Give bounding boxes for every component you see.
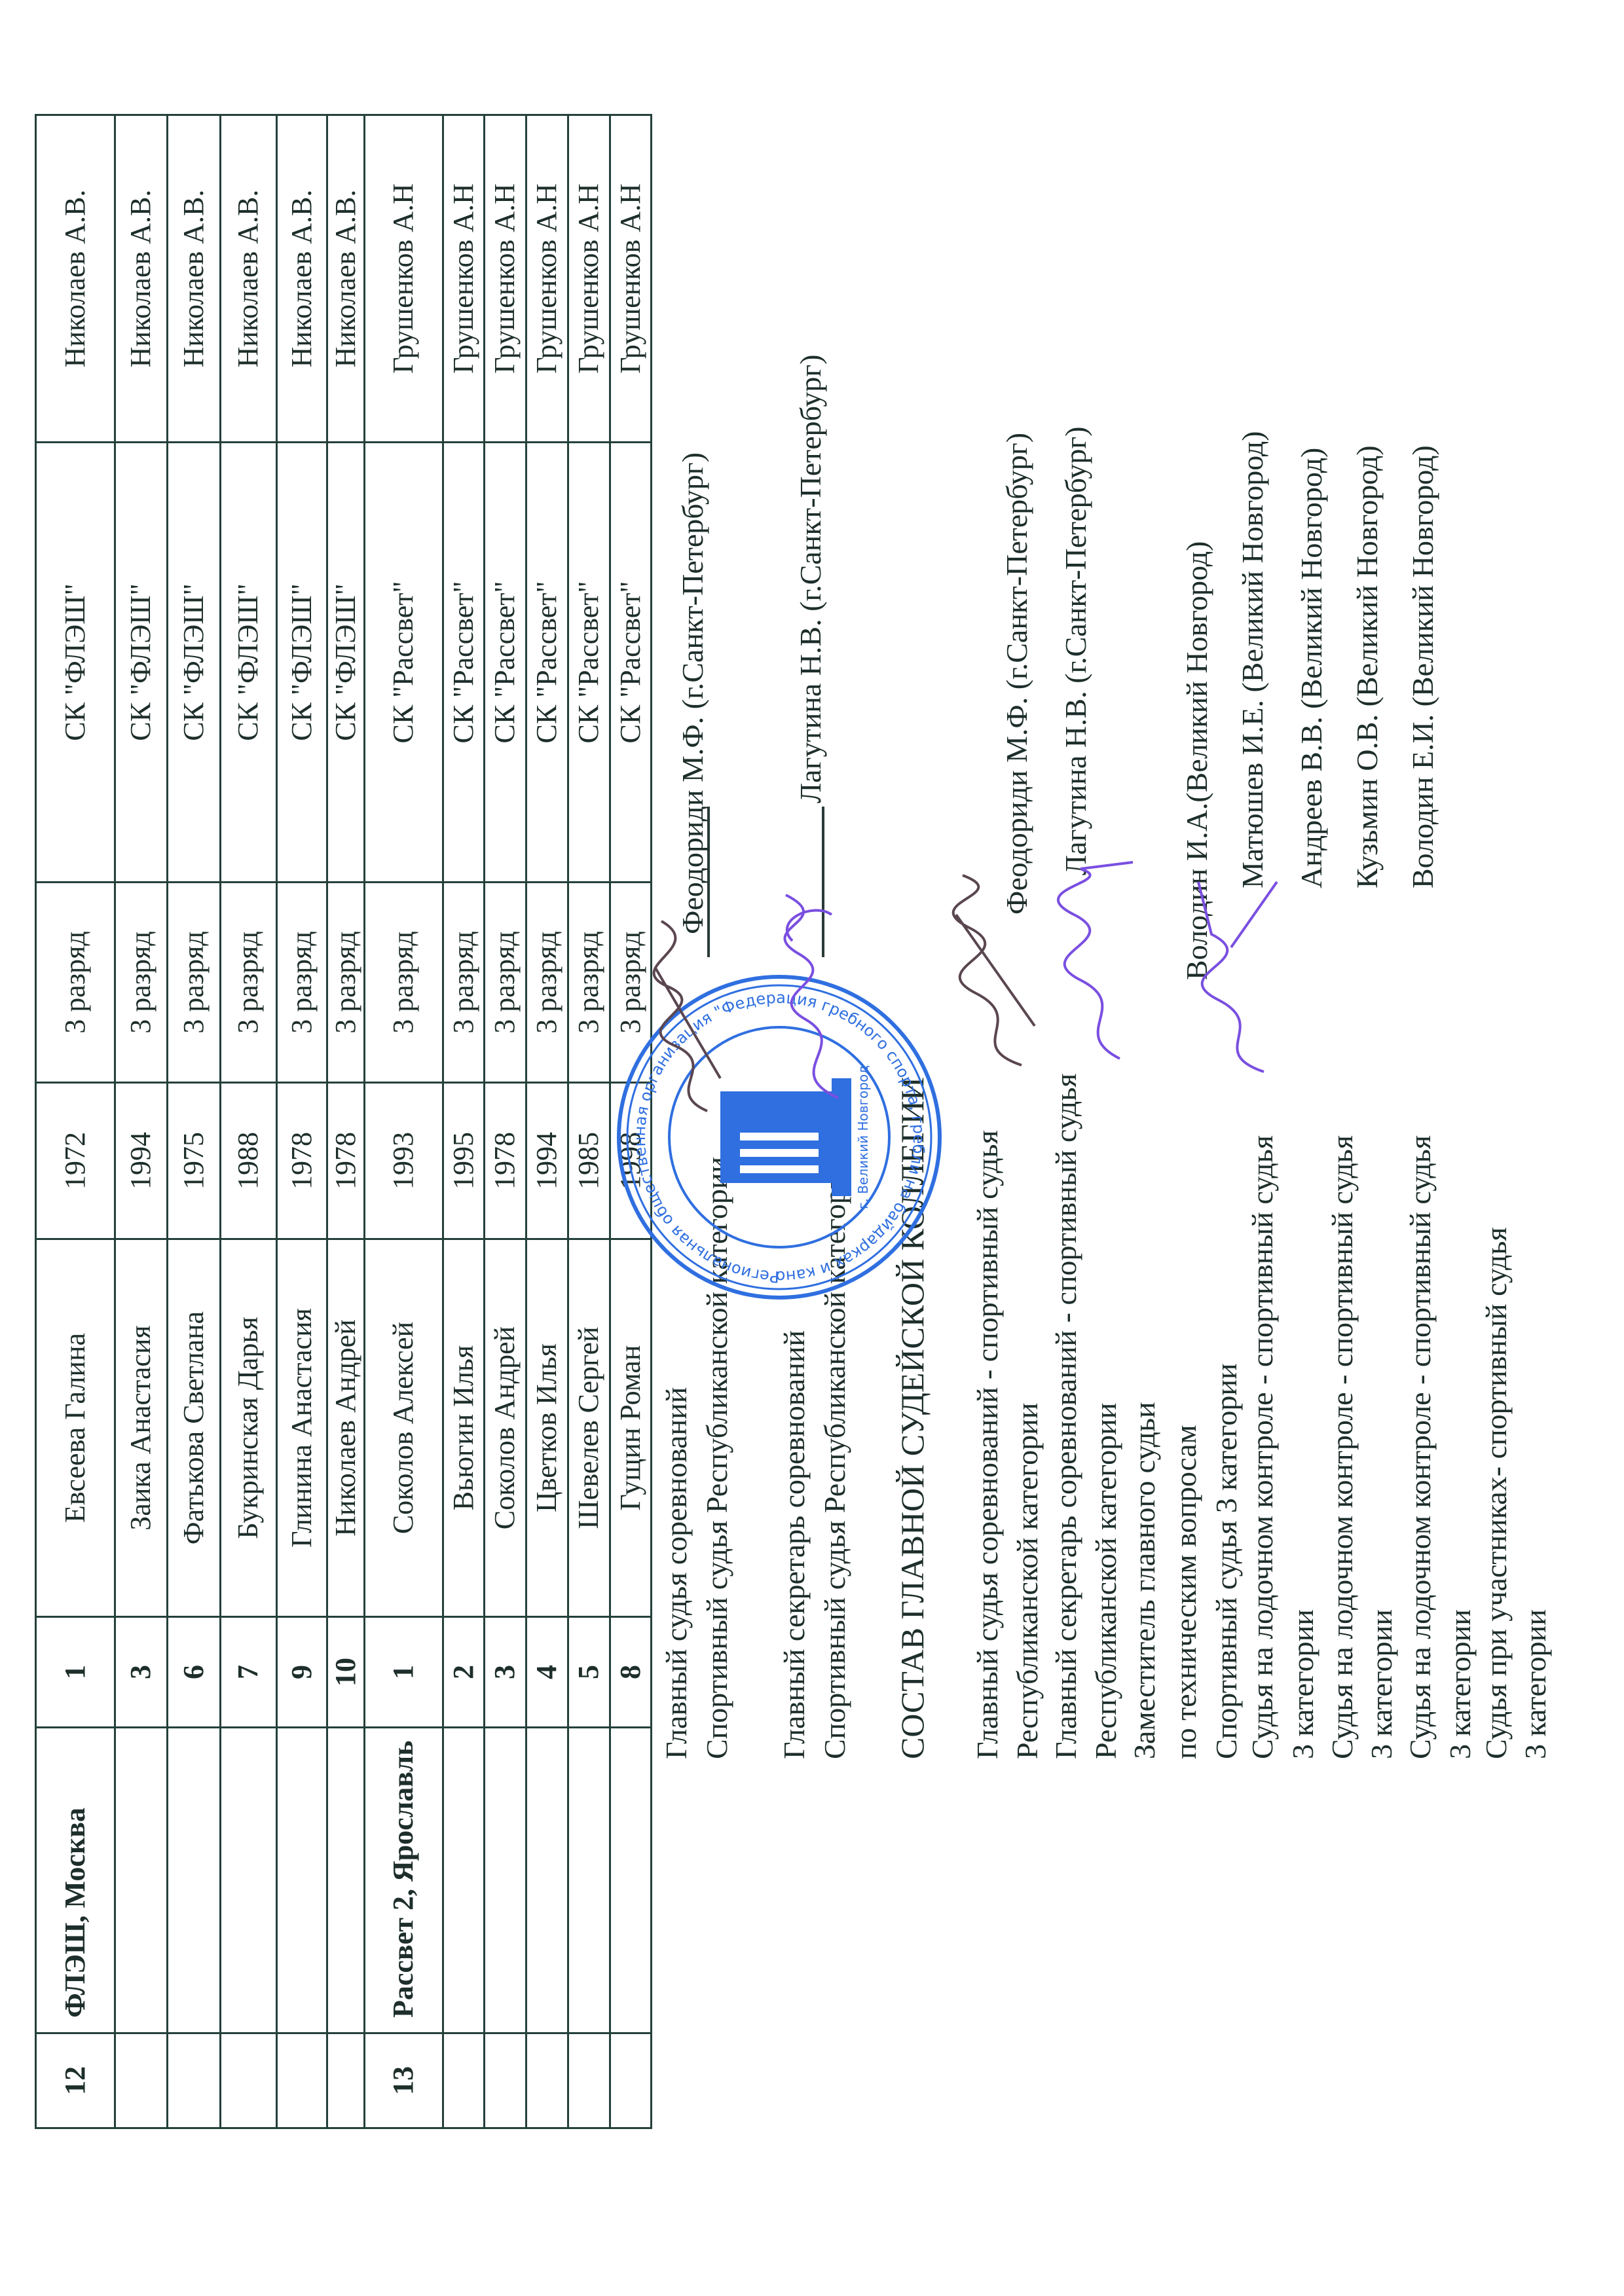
table-cell-start-no: 6: [166, 1616, 221, 1728]
table-cell-club: СК "ФЛЭШ": [166, 441, 221, 883]
panel-role-line: Республиканской категории: [1091, 1403, 1121, 1759]
table-cell-coach: Николаев А.В.: [35, 114, 116, 443]
panel-role-line: 3 категории: [1445, 1609, 1475, 1759]
table-cell-start-no: 4: [525, 1616, 569, 1728]
panel-member-name: Андреев В.В. (Великий Новгород): [1297, 448, 1327, 888]
table-cell-name: Николаев Андрей: [326, 1238, 365, 1618]
panel-role-line: Спортивный судья 3 категории: [1211, 1363, 1242, 1759]
table-cell-team-no: 13: [363, 2032, 444, 2129]
table-cell-year: 1988: [219, 1082, 278, 1240]
table-cell-coach: Николаев А.В.: [219, 114, 278, 443]
panel-member-name: Володин Е.И. (Великий Новгород): [1408, 445, 1438, 888]
chief-judge-name: Феодориди М.Ф. (г.Санкт-Петербург): [678, 452, 708, 934]
table-cell-start-no: 1: [35, 1616, 116, 1728]
table-cell-name: Соколов Алексей: [363, 1238, 444, 1618]
table-cell-coach: Николаев А.В.: [276, 114, 328, 443]
table-cell-name: Евсеева Галина: [35, 1238, 116, 1618]
table-cell-coach: Грушенков А.Н: [483, 114, 527, 443]
table-cell-year: 1994: [525, 1082, 569, 1240]
table-cell-name: Букринская Дарья: [219, 1238, 278, 1618]
signature-volodin: [1185, 869, 1283, 1078]
table-cell-start-no: 3: [114, 1616, 168, 1728]
table-cell-name: Цветков Илья: [525, 1238, 569, 1618]
table-cell-year: 1985: [567, 1082, 611, 1240]
table-cell-team-no: [483, 2032, 527, 2129]
table-cell-year: 1993: [363, 1082, 444, 1240]
table-cell-coach: Грушенков А.Н: [525, 114, 569, 443]
panel-role-line: Главный секретарь соревнований - спортив…: [1051, 1074, 1081, 1759]
table-cell-team-no: [442, 2032, 485, 2129]
chief-secretary-name: Лагутина Н.В. (г.Санкт-Петербург): [796, 354, 826, 803]
table-cell-start-no: 5: [567, 1616, 611, 1728]
table-cell-start-no: 3: [483, 1616, 527, 1728]
table-cell-club: СК "ФЛЭШ": [114, 441, 168, 883]
panel-member-name: Феодориди М.Ф. (г.Санкт-Петербург): [1002, 433, 1032, 915]
table-cell-team: [442, 1726, 485, 2034]
table-cell-coach: Николаев А.В.: [166, 114, 221, 443]
table-cell-name: Соколов Андрей: [483, 1238, 527, 1618]
panel-role-line: 3 категории: [1367, 1609, 1397, 1759]
table-cell-year: 1978: [326, 1082, 365, 1240]
table-cell-team-no: [525, 2032, 569, 2129]
table-cell-start-no: 8: [609, 1616, 652, 1728]
table-cell-rank: 3 разряд: [276, 881, 328, 1084]
table-cell-coach: Грушенков А.Н: [567, 114, 611, 443]
table-cell-team-no: [114, 2032, 168, 2129]
panel-role-line: Судья на лодочном контроле - спортивный …: [1405, 1135, 1435, 1759]
table-cell-rank: 3 разряд: [219, 881, 278, 1084]
panel-role-line: Судья на лодочном контроле - спортивный …: [1327, 1135, 1357, 1759]
table-cell-club: СК "ФЛЭШ": [276, 441, 328, 883]
table-cell-team: [609, 1726, 652, 2034]
panel-role-line: Судья при участниках- спортивный судья: [1481, 1227, 1511, 1759]
table-cell-rank: 3 разряд: [114, 881, 168, 1084]
table-cell-start-no: 9: [276, 1616, 328, 1728]
table-cell-team-no: [166, 2032, 221, 2129]
table-cell-year: 1978: [483, 1082, 527, 1240]
table-cell-team: [219, 1726, 278, 2034]
table-cell-coach: Грушенков А.Н: [442, 114, 485, 443]
table-cell-name: Вьюгин Илья: [442, 1238, 485, 1618]
panel-role-line: 3 категории: [1521, 1609, 1551, 1759]
table-cell-team: [166, 1726, 221, 2034]
panel-role-line: Главный судья соревнований - спортивный …: [972, 1130, 1003, 1759]
document-page: 12ФЛЭШ, Москва1Евсеева Галина19723 разря…: [0, 0, 1624, 2296]
table-cell-start-no: 1: [363, 1616, 444, 1728]
panel-role-line: Судья на лодочном контроле - спортивный …: [1247, 1135, 1278, 1759]
panel-member-name: Матюшев И.Е. (Великий Новгород): [1238, 431, 1268, 888]
table-cell-club: СК "Рассвет": [363, 441, 444, 883]
table-cell-team: [483, 1726, 527, 2034]
table-cell-team: [567, 1726, 611, 2034]
table-cell-club: СК "Рассвет": [442, 441, 485, 883]
table-cell-team-no: [567, 2032, 611, 2129]
table-cell-coach: Грушенков А.Н: [609, 114, 652, 443]
panel-role-line: 3 категории: [1288, 1609, 1318, 1759]
table-cell-coach: Грушенков А.Н: [363, 114, 444, 443]
table-cell-team-no: [326, 2032, 365, 2129]
table-cell-year: 1972: [35, 1082, 116, 1240]
table-cell-coach: Николаев А.В.: [114, 114, 168, 443]
table-cell-start-no: 2: [442, 1616, 485, 1728]
table-cell-team: ФЛЭШ, Москва: [35, 1726, 116, 2034]
table-cell-year: 1994: [114, 1082, 168, 1240]
table-cell-team-no: [219, 2032, 278, 2129]
table-cell-club: СК "Рассвет": [525, 441, 569, 883]
table-cell-club: СК "Рассвет": [483, 441, 527, 883]
chief-secretary-title: Главный секретарь соревнований: [779, 1330, 809, 1759]
table-cell-team: [276, 1726, 328, 2034]
signature-feodoridi-2: [950, 869, 1048, 1072]
table-cell-team-no: [276, 2032, 328, 2129]
table-cell-coach: Николаев А.В.: [326, 114, 365, 443]
table-cell-rank: 3 разряд: [567, 881, 611, 1084]
table-cell-year: 1995: [442, 1082, 485, 1240]
table-cell-team: [525, 1726, 569, 2034]
table-cell-team: [326, 1726, 365, 2034]
table-cell-team: [114, 1726, 168, 2034]
table-cell-club: СК "ФЛЭШ": [219, 441, 278, 883]
table-cell-year: 1978: [276, 1082, 328, 1240]
table-cell-club: СК "ФЛЭШ": [326, 441, 365, 883]
table-cell-name: Шевелев Сергей: [567, 1238, 611, 1618]
table-cell-year: 1975: [166, 1082, 221, 1240]
panel-member-name: Кузьмин О.В. (Великий Новгород): [1352, 445, 1382, 888]
signature-feodoridi: [648, 902, 733, 1118]
table-cell-rank: 3 разряд: [442, 881, 485, 1084]
table-cell-rank: 3 разряд: [166, 881, 221, 1084]
table-cell-club: СК "ФЛЭШ": [35, 441, 116, 883]
table-cell-rank: 3 разряд: [326, 881, 365, 1084]
table-cell-club: СК "Рассвет": [567, 441, 611, 883]
table-cell-rank: 3 разряд: [363, 881, 444, 1084]
panel-role-line: Республиканской категории: [1012, 1403, 1043, 1759]
table-cell-team: Рассвет 2, Ярославль: [363, 1726, 444, 2034]
table-cell-team-no: 12: [35, 2032, 116, 2129]
signature-lagutina: [773, 888, 864, 1104]
chief-judge-title: Главный судья соревнований: [661, 1387, 692, 1759]
panel-role-line: Заместитель главного судьи: [1130, 1402, 1160, 1759]
table-cell-team-no: [609, 2032, 652, 2129]
table-cell-rank: 3 разряд: [525, 881, 569, 1084]
table-cell-start-no: 7: [219, 1616, 278, 1728]
table-cell-club: СК "Рассвет": [609, 441, 652, 883]
signature-lagutina-2: [1054, 856, 1146, 1065]
table-cell-name: Фатькова Светлана: [166, 1238, 221, 1618]
table-cell-rank: 3 разряд: [35, 881, 116, 1084]
table-cell-start-no: 10: [326, 1616, 365, 1728]
panel-member-name: Лагутина Н.В. (г.Санкт-Петербург): [1061, 426, 1091, 875]
table-cell-name: Заика Анастасия: [114, 1238, 168, 1618]
table-cell-name: Глинина Анастасия: [276, 1238, 328, 1618]
table-cell-rank: 3 разряд: [483, 881, 527, 1084]
panel-role-line: по техническим вопросам: [1171, 1425, 1201, 1759]
